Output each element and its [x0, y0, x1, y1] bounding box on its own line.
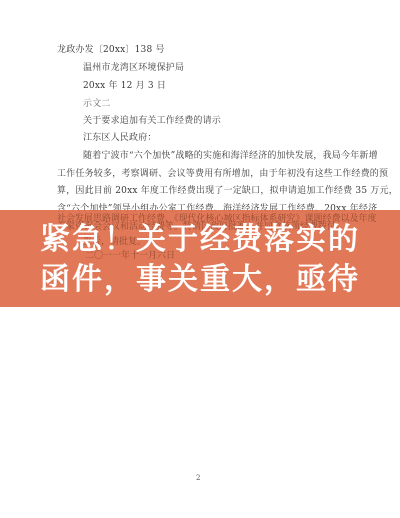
page-number: 2 — [196, 474, 200, 482]
issuer: 温州市龙湾区环境保护局 — [83, 62, 184, 74]
recipient: 江东区人民政府： — [83, 132, 157, 144]
body-line: 算，因此目前 20xx 年度工作经费出现了一定缺口，拟申请追加工作经费 35 万… — [57, 185, 398, 197]
headline-line-1: 紧急！关于经费落实的 — [0, 222, 400, 258]
headline-line-2: 函件，事关重大，亟待 — [0, 262, 400, 298]
doc-number: 龙政办发〔20xx〕138 号 — [57, 44, 165, 56]
subject: 关于要求追加有关工作经费的请示 — [83, 115, 221, 127]
issue-date: 20xx 年 12 月 3 日 — [83, 80, 166, 92]
document-page: 龙政办发〔20xx〕138 号 温州市龙湾区环境保护局 20xx 年 12 月 … — [0, 0, 400, 518]
copy-label: 示文二 — [83, 98, 111, 110]
body-line: 随着宁波市“六个加快”战略的实施和海洋经济的加快发展，我局今年新增 — [83, 150, 378, 162]
body-line: 工作任务较多，考察调研、会议等费用有所增加，由于年初没有这些工作经费的预 — [57, 168, 388, 180]
